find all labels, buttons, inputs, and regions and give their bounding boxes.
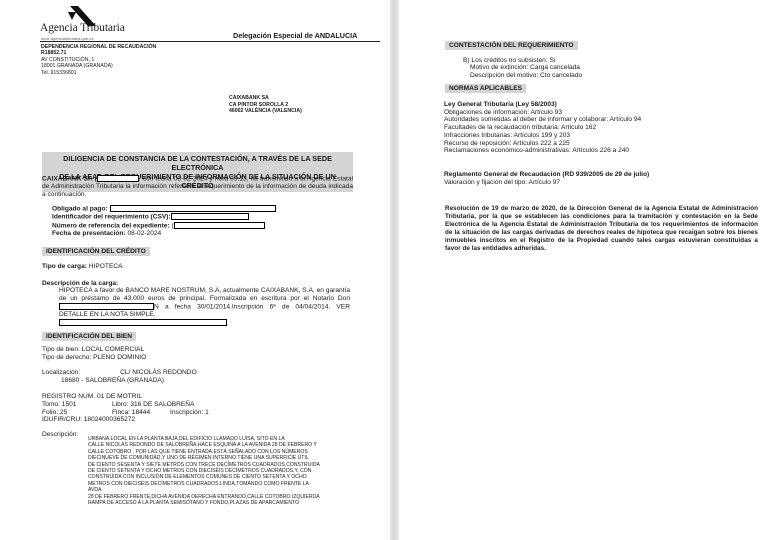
logo-text: Agencia Tributaria bbox=[40, 22, 125, 34]
norma-item: Autoridades sometidas al deber de inform… bbox=[444, 116, 641, 124]
header-rule bbox=[40, 41, 380, 42]
field-obligado: Obligado al pago: bbox=[52, 205, 276, 213]
bien-descripcion-label: Descripción: bbox=[42, 431, 78, 439]
tipo-carga: Tipo de carga: HIPOTECA bbox=[42, 263, 123, 271]
contestacion-details: B) Los créditos no subsisten: Sí Motivo … bbox=[463, 57, 582, 79]
intro-paragraph: CAIXABANK SA (, con fecha 08-02-2024 y h… bbox=[42, 175, 353, 199]
bien-descripcion-text: URBANA.LOCAL EN LA PLANTA BAJA DEL EDIFI… bbox=[88, 436, 350, 506]
recipient-address: CAIXABANK SA CA PINTOR SOROLLA 2 46002 V… bbox=[229, 95, 302, 115]
office-phone: Tel. 915336801 bbox=[41, 70, 156, 76]
intro-entity: CAIXABANK SA ( bbox=[42, 175, 97, 182]
section-contestacion-title: CONTESTACIÓN DEL REQUERIMIENTO bbox=[445, 41, 578, 50]
norma-item: Facultades de la recaudación tributaria:… bbox=[444, 124, 641, 132]
descripcion-line: CALLE NICOLÁS REDONDO DE SALOBREÑA.HACE … bbox=[88, 442, 350, 448]
redacted-box bbox=[59, 303, 154, 310]
descripcion-carga: HIPOTECA a favor de BANCO MARE NOSTRUM, … bbox=[59, 287, 350, 327]
redacted-box bbox=[110, 205, 276, 212]
bien-registro: REGISTRO NUM. 01 DE MOTRIL Tomo: 1501Lib… bbox=[42, 393, 342, 424]
redacted-box bbox=[97, 175, 139, 182]
document-page-2: CONTESTACIÓN DEL REQUERIMIENTO B) Los cr… bbox=[399, 0, 784, 540]
field-reference: Número de referencia del expediente: ( bbox=[52, 222, 276, 230]
rgr-block: Reglamento General de Recaudación (RD 93… bbox=[444, 171, 649, 186]
office-address: DEPENDENCIA REGIONAL DE RECAUDACIÓN R188… bbox=[41, 44, 156, 76]
section-bien-title: IDENTIFICACIÓN DEL BIEN bbox=[42, 332, 136, 341]
document-page-1: Agencia Tributaria sede.agenciatributari… bbox=[0, 0, 390, 540]
section-credito-title: IDENTIFICACIÓN DEL CRÉDITO bbox=[42, 247, 150, 256]
norma-item: Valoración y fijación del tipo: Artículo… bbox=[444, 179, 649, 187]
descripcion-line: RAMPA DE ACCESO A LA PLANTA SEMISÓTANO Y… bbox=[88, 500, 350, 506]
section-normas-title: NORMAS APLICABLES bbox=[445, 84, 526, 93]
request-fields: Obligado al pago: Identificador del requ… bbox=[52, 205, 276, 238]
resolucion-text: Resolución de 19 de marzo de 2020, de la… bbox=[445, 205, 758, 254]
delegation-title: Delegación Especial de ANDALUCIA bbox=[233, 31, 357, 40]
banner-line-1: DILIGENCIA DE CONSTANCIA DE LA CONTESTAC… bbox=[46, 154, 349, 172]
page-gutter bbox=[390, 0, 399, 540]
norma-item: Reclamaciones económico-administrativas:… bbox=[444, 147, 641, 155]
redacted-box bbox=[59, 319, 227, 326]
field-fecha: Fecha de presentación: 08-02-2024 bbox=[52, 230, 276, 238]
redacted-box bbox=[174, 222, 265, 229]
norma-item: Obligaciones de información: Artículo 93 bbox=[444, 109, 641, 117]
redacted-box bbox=[171, 213, 249, 220]
norma-item: Infracciones tributarias: Artículos 199 … bbox=[444, 132, 641, 140]
bien-localizacion: Localización:CL/ NICOLÁS REDONDO 18680 -… bbox=[42, 369, 197, 385]
lgt-block: Ley General Tributaria (Ley 58/2003) Obl… bbox=[444, 101, 641, 155]
norma-item: Recurso de reposición: Artículos 222 a 2… bbox=[444, 140, 641, 148]
recipient-name: CAIXABANK SA bbox=[229, 95, 302, 102]
recipient-city: 46002 VALÈNCIA (VALENCIA) bbox=[229, 108, 302, 115]
field-csv: Identificador del requerimiento (CSV): bbox=[52, 213, 276, 221]
bien-tipo: Tipo de bien: LOCAL COMERCIAL Tipo de de… bbox=[42, 346, 146, 362]
